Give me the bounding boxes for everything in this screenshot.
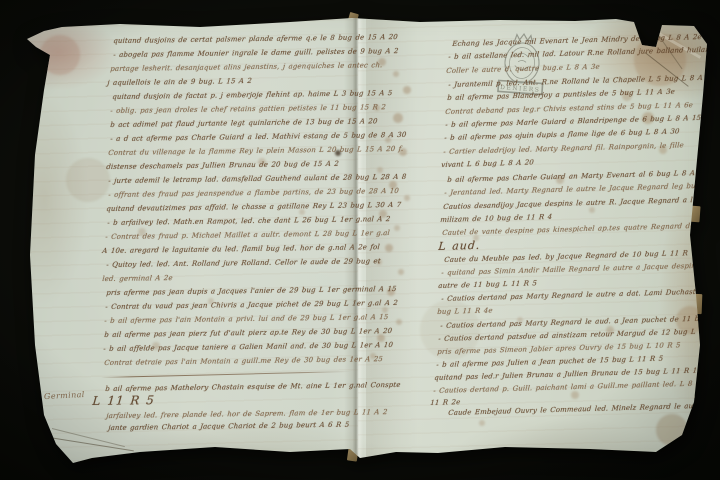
handwritten-line: L aud. bbox=[438, 240, 481, 252]
handwritten-line: Caude Embejaud Ouvry le Commeaud led. Mi… bbox=[448, 402, 720, 417]
handwritten-line: - b ail affelde pas Jacque taniere a Gal… bbox=[103, 342, 393, 353]
handwritten-line: b ail aferme pas jean pierz fut d'ault p… bbox=[104, 328, 392, 339]
handwritten-line: Echang les Jacque mil Evenart le Jean Mi… bbox=[452, 34, 702, 48]
handwritten-line: - Quitoy led. led. Ant. Rolland jure Rol… bbox=[106, 258, 381, 269]
handwritten-line: 11 R 2e bbox=[430, 399, 461, 407]
handwritten-line: - b ail aferme pas l'ain Montain a privl… bbox=[104, 314, 389, 325]
handwritten-line: - b arfailvey led. Math.en Rampot, led. … bbox=[107, 216, 391, 227]
handwritten-line: Cautel de vante despine pas kinespichel … bbox=[442, 222, 720, 237]
handwritten-line: L 11 R 5 bbox=[92, 394, 155, 407]
handwritten-line: - abogela pas flamme Mounier ingrale le … bbox=[113, 48, 399, 59]
handwritten-line: Coller le autre d. quatre bug.e L 8 A 3e bbox=[446, 64, 600, 75]
handwritten-line: - offrant des fraud pas jeanspendue a fl… bbox=[108, 188, 399, 199]
handwritten-line: autre de 11 bug L 11 R 5 bbox=[438, 280, 537, 290]
handwritten-line: - b ail aferme pas ojuin dupis a flame l… bbox=[444, 128, 680, 142]
handwritten-line: Contrat deband pas leg.r Chivis estand s… bbox=[445, 102, 693, 116]
handwritten-line: - quitand pas Simin Andir Maille Regnard… bbox=[441, 262, 710, 277]
handwritten-line: vivant L 6 bug L 8 A 20 bbox=[441, 159, 534, 169]
manuscript-spread: DENIERS quitand dusjoins de certat palsm… bbox=[0, 0, 720, 480]
handwritten-line: - oblig. pas jean droles le chef retains… bbox=[110, 104, 386, 115]
handwritten-line: b ail aferme pas Blanderjoy a puntisles … bbox=[447, 89, 675, 102]
right-page: Echang les Jacque mil Evenart le Jean Mi… bbox=[358, 0, 720, 480]
handwritten-line: - Contrat des fraud p. Michael Maillet a… bbox=[105, 230, 390, 241]
handwritten-line: - b ail astellane led. mil lad. Latour R… bbox=[448, 47, 714, 61]
photograph-background: DENIERS quitand dusjoins de certat palsm… bbox=[0, 0, 720, 480]
handwritten-line: - Jerantand led. Marty Regnard le autre … bbox=[444, 182, 720, 197]
handwritten-line: jarfailvey led. frere plande led. hor de… bbox=[106, 409, 388, 420]
handwritten-line: quitand dusjoins de certat palsmer pland… bbox=[113, 34, 398, 45]
stain-spot bbox=[24, 364, 32, 372]
handwritten-line: bug L 11 R 4e bbox=[437, 307, 493, 316]
handwritten-line: pris aferme pas jean dupis a Jacques l'a… bbox=[106, 286, 397, 297]
handwritten-line: jante gardien Chariot a Jacque Chariot d… bbox=[108, 422, 350, 432]
handwritten-line: - Contrat du vaud pas jean Chivris a Jac… bbox=[105, 300, 398, 311]
handwritten-line: b ail aferme pas Mathelory Chastain esqu… bbox=[105, 382, 401, 393]
handwritten-line: - Cautios dertand p. Guill. paichant lam… bbox=[433, 380, 710, 395]
handwritten-line: quitand dusjoin de factat p. j emberjoje… bbox=[112, 90, 393, 101]
handwritten-line: - Cartier deladrijoy led. Marty Regnard … bbox=[443, 142, 684, 156]
handwritten-line: partage lesherit. desanjaquet alins jean… bbox=[110, 62, 383, 73]
handwritten-line: milizam de 10 bug de 11 R 4 bbox=[440, 214, 552, 224]
handwritten-line: - Cautios dertand pas Marty Regnard le a… bbox=[441, 288, 720, 303]
handwritten-line: b act adimel pat flaud jurtante legt qui… bbox=[110, 118, 378, 129]
manuscript-photo: DENIERS quitand dusjoins de certat palsm… bbox=[0, 0, 720, 480]
handwritten-line: led. germinal A 2e bbox=[102, 275, 173, 283]
handwritten-line: Contrat detraie pas l'ain Montain a guil… bbox=[104, 356, 383, 367]
handwritten-line: A 10e. aregard le laguitanie du led. fla… bbox=[102, 244, 380, 255]
handwritten-line: - Jurantemil p. led. Ant. R.ne Rolland l… bbox=[448, 74, 720, 89]
handwritten-line: Cautios desandijoy Jacque despins le aut… bbox=[443, 196, 717, 211]
handwritten-line: - b ail aferme pas Julien a Jean puchet … bbox=[436, 356, 663, 369]
handwritten-line: distense deschamels pas Jullien Brunau d… bbox=[106, 161, 339, 171]
handwritten-line: j aquilellois le ain de 9 bug. L 15 A 2 bbox=[107, 78, 252, 87]
handwritten-line: pris aferme pas Simeon Jabier apres Ouvr… bbox=[437, 342, 681, 356]
left-page: quitand dusjoins de certat palsmer pland… bbox=[0, 0, 358, 480]
